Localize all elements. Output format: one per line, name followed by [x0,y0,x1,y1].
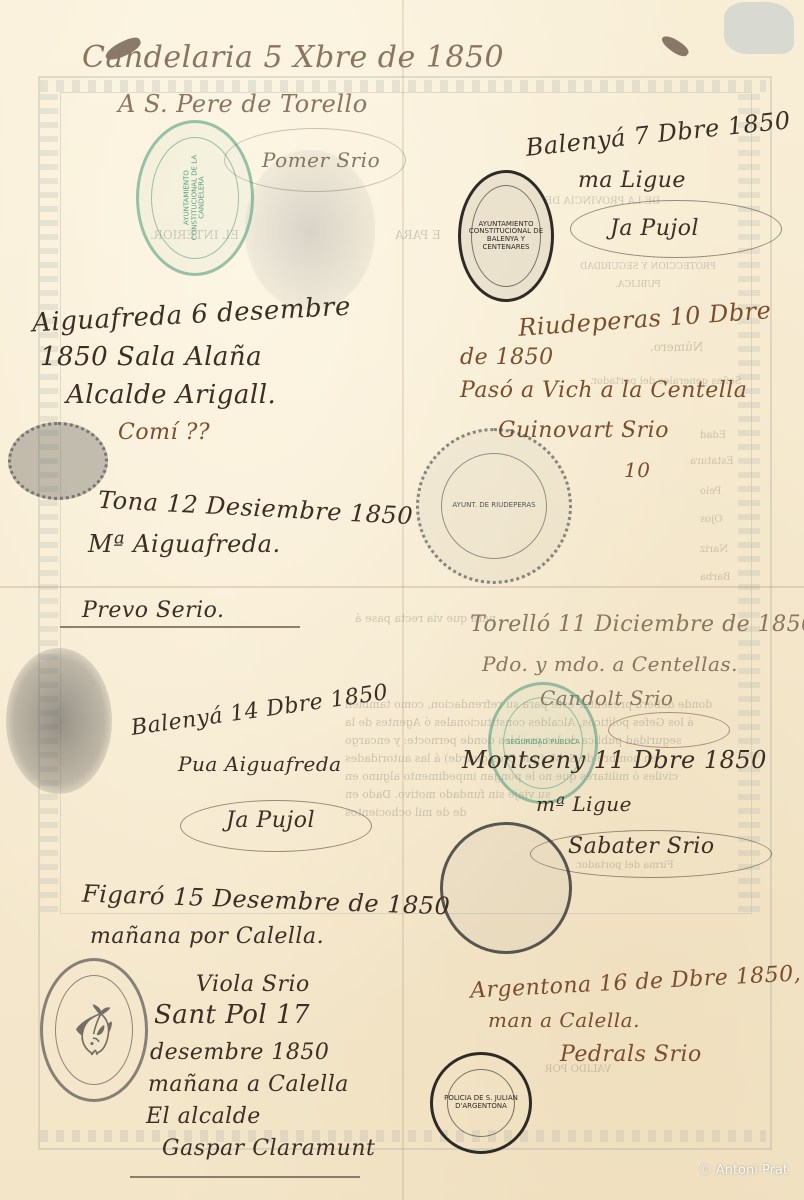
printed-label-barba: Barba [700,572,730,583]
endorsement-montseny-line-1: Montseny 11 Dbre 1850 [462,746,767,774]
endorsement-aiguafreda-line-4: Comí ?? [118,420,210,445]
printed-label-estatura: Estatura [690,456,734,467]
endorsement-figaro-signature: Viola Srio [196,972,310,997]
signature-flourish [570,200,782,258]
water-stain [724,2,794,54]
endorsement-montseny-line-2: mª Ligue [536,792,632,816]
endorsement-balenya-7-line-2: ma Ligue [578,168,686,193]
signature-underline [60,626,300,628]
endorsement-argentona-signature: Pedrals Srio [560,1042,702,1067]
endorsement-figaro-line-2: mañana por Calella. [90,924,324,949]
endorsement-header-line-2: A S. Pere de Torello [118,90,368,118]
printed-label-nariz: Nariz [700,544,728,555]
endorsement-aiguafreda-line-2: 1850 Sala Alaña [40,342,262,372]
printed-publica: PUBLICA. [615,280,661,290]
endorsement-sant-pol-signature: Gaspar Claramunt [162,1136,375,1161]
stamp-argentona-round: POLICIA DE S. JULIAN D'ARGENTONA [430,1052,532,1154]
stamp-seguridad-green: SEGURIDAD PUBLICA [488,682,598,804]
stamp-balenya-oval: AYUNTAMIENTO CONSTITUCIONAL DE BALENYA Y… [458,170,554,302]
endorsement-balenya-14-line-2: Pua Aiguafreda [178,752,342,776]
endorsement-argentona-line-2: man a Calella. [488,1008,640,1032]
copyright-watermark: © Antoni Prat [699,1163,788,1178]
signature-underline [130,1176,360,1178]
signature-flourish [224,128,406,192]
endorsement-torello-line-1: Torelló 11 Diciembre de 1850. [470,612,804,637]
printed-label-pelo: Pelo [700,486,721,497]
signature-flourish [608,712,730,748]
printed-label-numero: Número. [650,340,703,354]
endorsement-sant-pol-line-4: El alcalde [146,1104,261,1129]
endorsement-sant-pol-line-2: desembre 1850 [150,1040,329,1065]
endorsement-header-line-1: Candelaria 5 Xbre de 1850 [82,40,504,75]
stamp-tona-smudge [6,648,112,794]
printed-label-edad: Edad [700,430,726,441]
stamp-montseny-round [440,822,572,954]
endorsement-sant-pol-line-1: Sant Pol 17 [154,1000,310,1030]
stamp-aiguafreda-round [8,422,108,500]
endorsement-aiguafreda-line-3: Alcalde Arigall. [66,380,276,410]
endorsement-prevo-serio: Prevo Serio. [82,598,225,623]
fold-line-vertical [402,0,404,1200]
endorsement-torello-line-2: Pdo. y mdo. a Centellas. [482,652,738,676]
printed-protection-line: PROTECCION Y SEGURIDAD [580,262,716,272]
fish-emblem-icon: 🐟︎ [65,999,124,1060]
endorsement-tona-line-2: Mª Aiguafreda. [88,530,281,558]
printed-label-ojos: Ojos [700,514,722,525]
endorsement-sant-pol-line-3: mañana a Calella [148,1072,349,1097]
endorsement-riudeperas-number: 10 [624,458,650,482]
stamp-vallcarca-fish-oval: 🐟︎ [40,958,148,1102]
stamp-riudeperas-round: AYUNT. DE RIUDEPERAS [416,428,572,584]
endorsement-riudeperas-line-2: de 1850 [460,345,554,370]
endorsement-riudeperas-line-3: Pasó a Vich a la Centella [460,378,747,403]
signature-flourish [180,800,372,852]
